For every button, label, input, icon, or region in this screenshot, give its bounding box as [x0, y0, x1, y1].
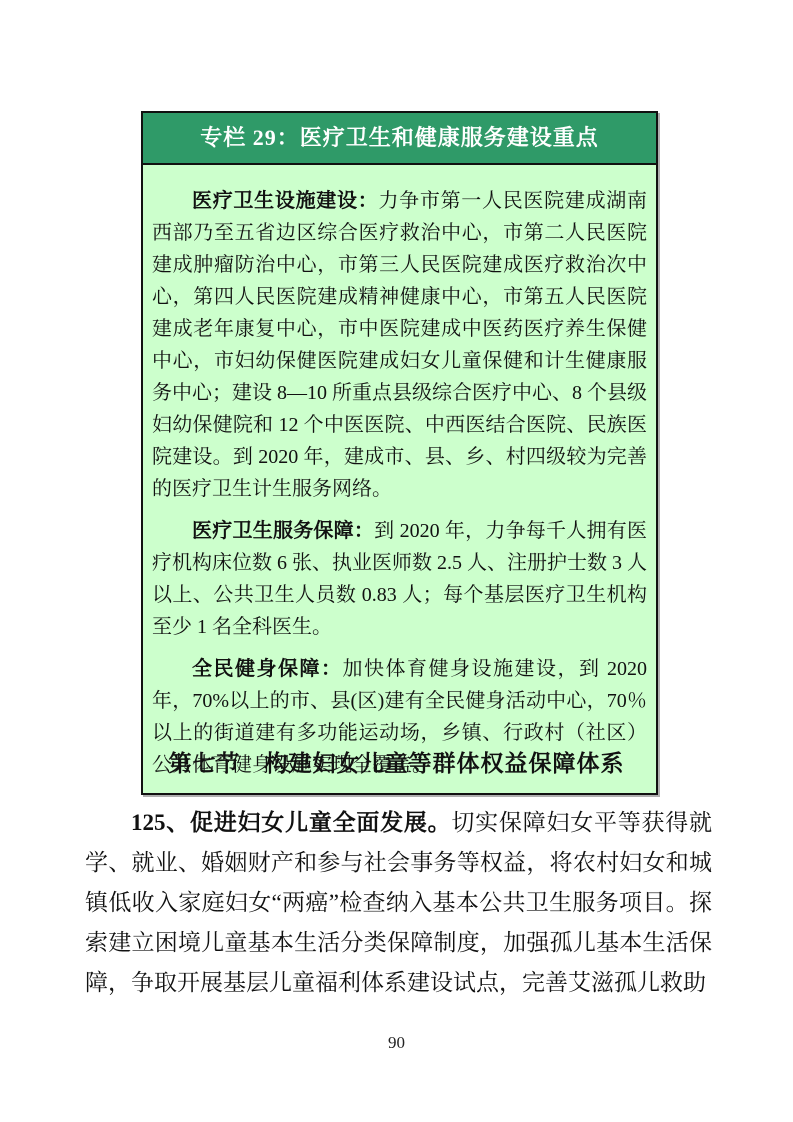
panel-paragraph-facilities: 医疗卫生设施建设：力争市第一人民医院建成湖南西部乃至五省边区综合医疗救治中心，市… — [152, 185, 647, 505]
panel-title: 专栏 29：医疗卫生和健康服务建设重点 — [143, 113, 656, 165]
paragraph-text: 力争市第一人民医院建成湖南西部乃至五省边区综合医疗救治中心，市第二人民医院建成肿… — [152, 190, 647, 500]
document-page: 专栏 29：医疗卫生和健康服务建设重点 医疗卫生设施建设：力争市第一人民医院建成… — [0, 0, 793, 1122]
highlight-panel: 专栏 29：医疗卫生和健康服务建设重点 医疗卫生设施建设：力争市第一人民医院建成… — [141, 111, 658, 795]
paragraph-lead: 医疗卫生设施建设： — [192, 190, 378, 212]
panel-body: 医疗卫生设施建设：力争市第一人民医院建成湖南西部乃至五省边区综合医疗救治中心，市… — [143, 165, 656, 793]
body-paragraph: 125、促进妇女儿童全面发展。切实保障妇女平等获得就学、就业、婚姻财产和参与社会… — [85, 803, 712, 1003]
body-paragraph-lead: 125、促进妇女儿童全面发展。 — [131, 810, 451, 835]
section-heading: 第七节 构建妇女儿童等群体权益保障体系 — [0, 747, 793, 781]
paragraph-lead: 医疗卫生服务保障： — [192, 520, 374, 542]
page-number: 90 — [0, 1033, 793, 1053]
panel-paragraph-services: 医疗卫生服务保障：到 2020 年，力争每千人拥有医疗机构床位数 6 张、执业医… — [152, 515, 647, 643]
body-paragraph-text: 切实保障妇女平等获得就学、就业、婚姻财产和参与社会事务等权益，将农村妇女和城镇低… — [85, 810, 712, 995]
paragraph-lead: 全民健身保障： — [192, 658, 343, 680]
